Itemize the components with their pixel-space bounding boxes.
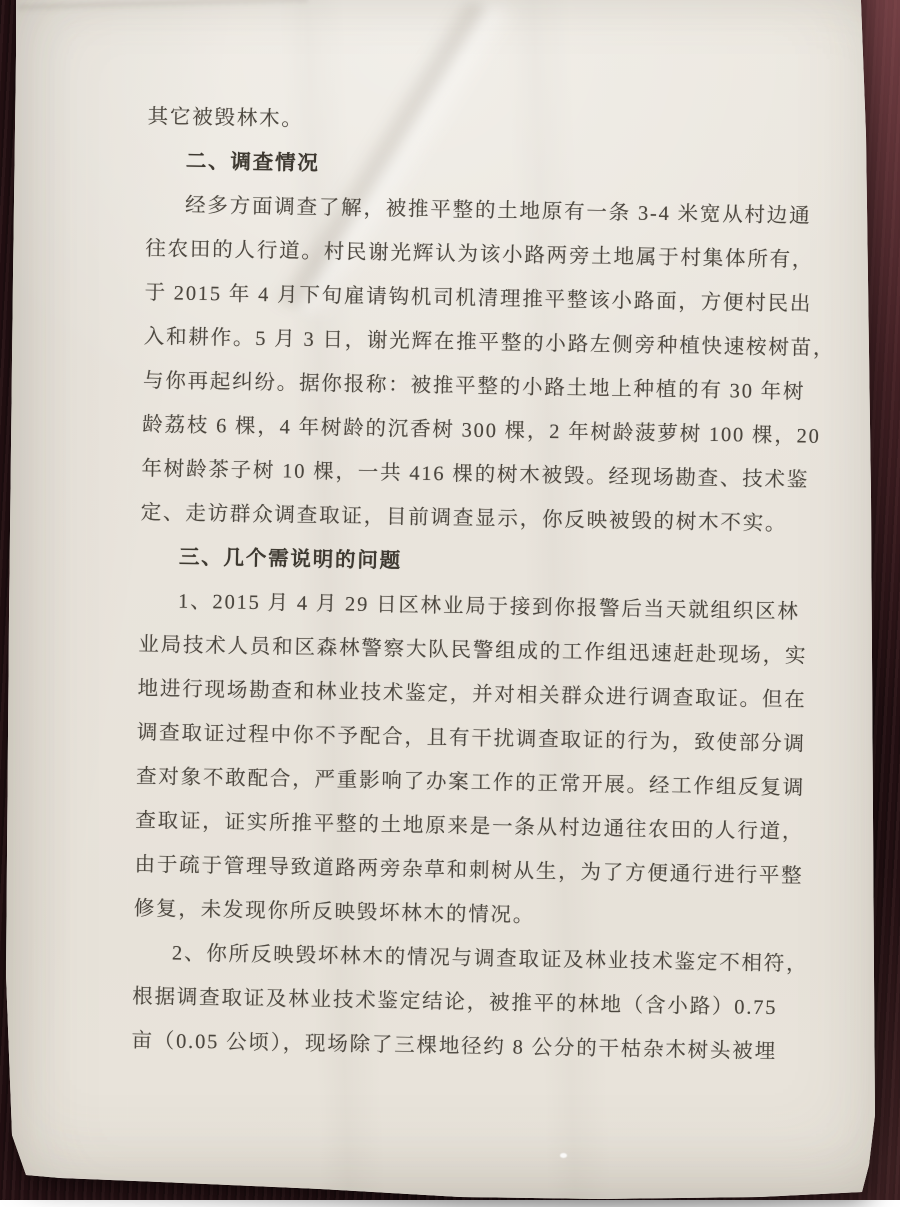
paper-fold-line bbox=[18, 0, 308, 15]
document-text: 其它被毁林木。二、调查情况经多方面调查了解，被推平整的土地原有一条 3-4 米宽… bbox=[131, 95, 848, 1075]
paper-wrap: 其它被毁林木。二、调查情况经多方面调查了解，被推平整的土地原有一条 3-4 米宽… bbox=[0, 0, 900, 1200]
paper-sheet: 其它被毁林木。二、调查情况经多方面调查了解，被推平整的土地原有一条 3-4 米宽… bbox=[0, 0, 900, 1200]
paper-speck bbox=[560, 1153, 567, 1158]
